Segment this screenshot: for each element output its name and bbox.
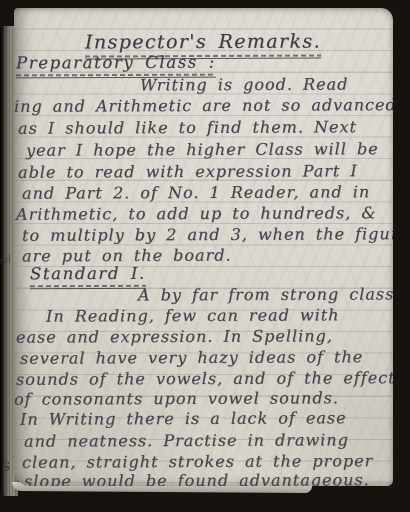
handwritten-line: In Writing there is a lack of ease: [20, 408, 347, 428]
handwritten-line: In Reading, few can read with: [46, 305, 340, 325]
handwritten-line: of consonants upon vowel sounds.: [14, 388, 339, 408]
handwritten-line: Writing is good. Read: [140, 75, 348, 95]
handwritten-line: ing and Arithmetic are not so advanced: [14, 95, 393, 116]
handwritten-line: several have very hazy ideas of the: [20, 347, 363, 367]
handwritten-line: are put on the board.: [22, 246, 232, 266]
handwritten-line: and Part 2. of No. 1 Reader, and in: [22, 182, 370, 203]
notebook-page: Inspector's Remarks. Preparatory Class :…: [14, 8, 393, 486]
handwritten-line: ease and expression. In Spelling,: [16, 326, 333, 346]
handwritten-line: Arithmetic, to add up to hundreds, &: [16, 203, 377, 224]
handwritten-line: as I should like to find them. Next: [18, 117, 357, 137]
handwritten-line: A by far from strong class: [138, 284, 393, 304]
page-edge-mark: S: [1, 459, 11, 474]
handwritten-line: year I hope the higher Class will be: [26, 139, 379, 160]
handwritten-line: to multiply by 2 and 3, when the figures: [22, 224, 393, 245]
handwritten-line: able to read with expression Part I: [18, 161, 358, 181]
scanned-notebook-photo: nd S Inspector's Remarks. Preparatory Cl…: [0, 0, 410, 512]
handwritten-line: sounds of the vowels, and of the effect: [16, 368, 393, 389]
handwritten-line: clean, straight strokes at the proper: [22, 451, 373, 472]
handwritten-line: slope would be found advantageous.: [24, 470, 370, 486]
section-title-preparatory-class: Preparatory Class :: [16, 53, 216, 78]
handwritten-line: and neatness. Practise in drawing: [24, 430, 349, 450]
section-title-standard-1: Standard I.: [30, 264, 146, 289]
